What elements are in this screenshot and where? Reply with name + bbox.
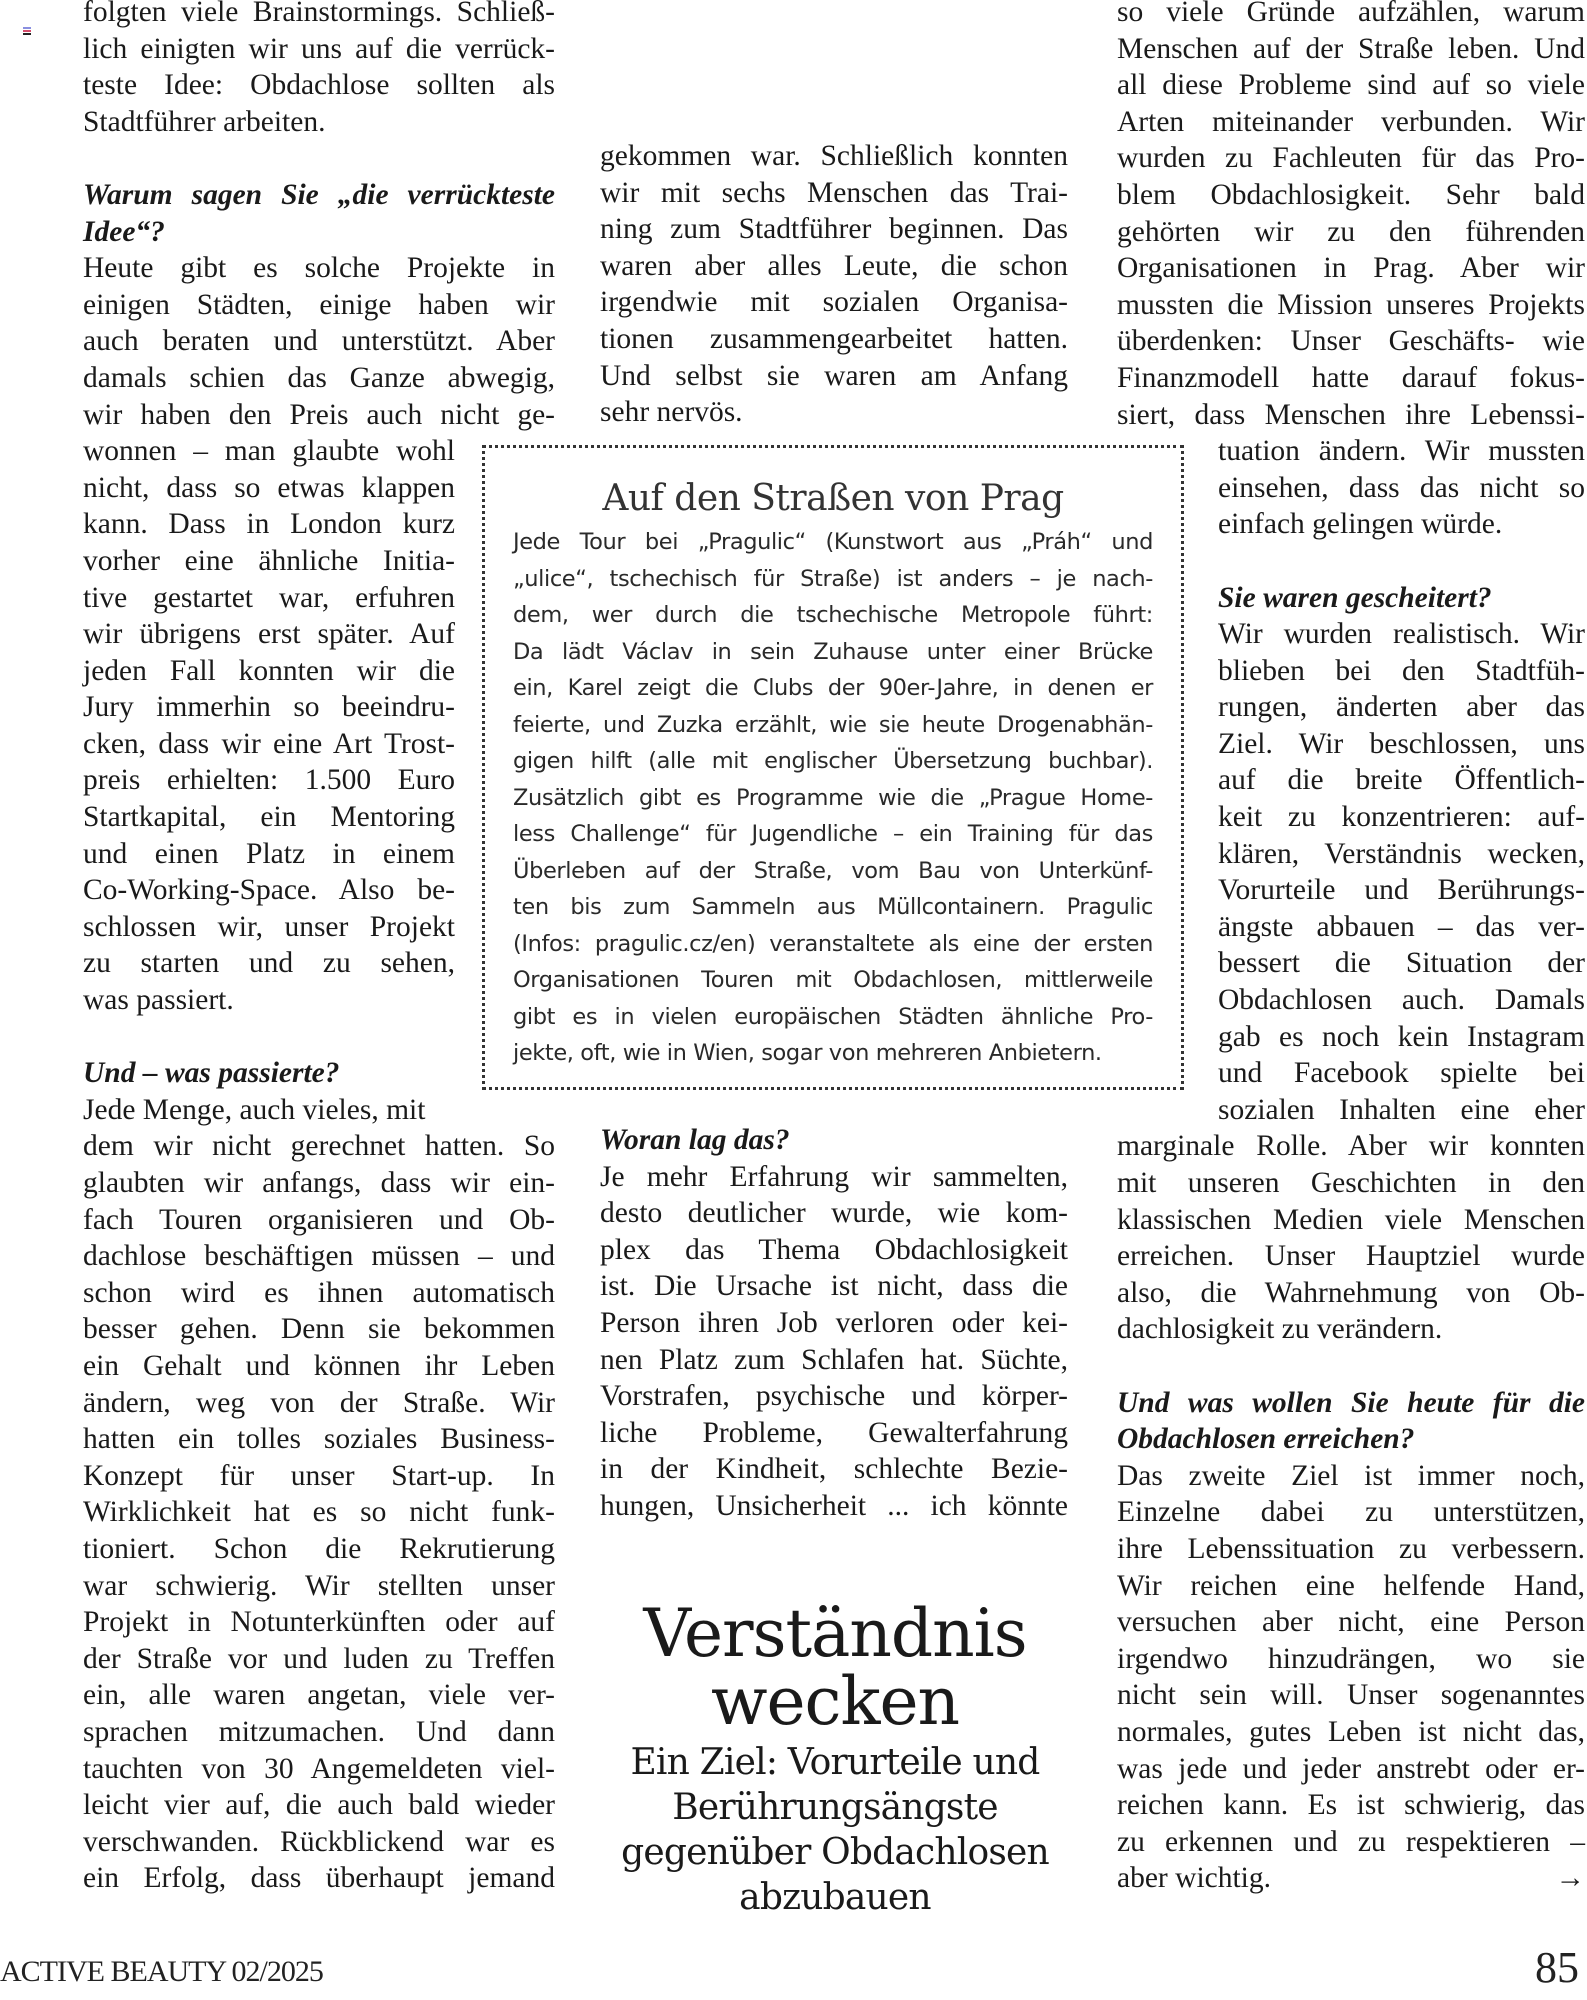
text-line: verschwanden. Rückblickend war es xyxy=(83,1824,555,1861)
text-line: Einzelne dabei zu unterstützen, xyxy=(1117,1494,1585,1531)
middle-column-top: gekommen war. Schließlich konnten wir mi… xyxy=(600,138,1068,431)
text-line: blem Obdachlosigkeit. Sehr bald xyxy=(1117,177,1585,214)
text-line: gekommen war. Schließlich konnten xyxy=(600,138,1068,175)
text-line: überdenken: Unser Geschäfts- wie xyxy=(1117,323,1585,360)
text-line: ning zum Stadtführer beginnen. Das xyxy=(600,211,1068,248)
right-column: so viele Gründe aufzählen, warum Mensche… xyxy=(1117,0,1585,1897)
text-line: ein, alle waren angetan, viele ver- xyxy=(83,1677,555,1714)
text-line: Startkapital, ein Mentoring xyxy=(83,799,455,836)
text-line: sozialen Inhalten eine eher xyxy=(1218,1092,1585,1129)
text-line: gigen hilft (alle mit englischer Überset… xyxy=(513,743,1153,780)
text-line: normales, gutes Leben ist nicht das, xyxy=(1117,1714,1585,1751)
text-line: plex das Thema Obdachlosigkeit xyxy=(600,1232,1068,1269)
text-line: all diese Probleme sind auf so viele xyxy=(1117,67,1585,104)
text-line: sprachen mitzumachen. Und dann xyxy=(83,1714,555,1751)
text-line: Ziel. Wir beschlossen, uns xyxy=(1218,726,1585,763)
text-line: wir mit sechs Menschen das Trai- xyxy=(600,175,1068,212)
text-line: was passiert. xyxy=(83,982,455,1019)
text-line: preis erhielten: 1.500 Euro xyxy=(83,762,455,799)
text-line: bessert die Situation der xyxy=(1218,945,1585,982)
text-line: tauchten von 30 Angemeldeten viel- xyxy=(83,1751,555,1788)
text-line: Wir wurden realistisch. Wir xyxy=(1218,616,1585,653)
text-line: einsehen, dass das nicht so xyxy=(1218,470,1585,507)
text-line: erreichen. Unser Hauptziel wurde xyxy=(1117,1238,1585,1275)
text-line: ein, Karel zeigt die Clubs der 90er-Jahr… xyxy=(513,670,1153,707)
text-line: irgendwo hinzudrängen, wo sie xyxy=(1117,1641,1585,1678)
text-line: ängste abbauen – das ver- xyxy=(1218,909,1585,946)
text-line: der Straße vor und luden zu Treffen xyxy=(83,1641,555,1678)
subline-line: Berührungsängste xyxy=(600,1785,1070,1830)
text-line: nicht, dass so etwas klappen xyxy=(83,470,455,507)
text-line: ihre Lebenssituation zu verbessern. xyxy=(1117,1531,1585,1568)
text-line: wir haben den Preis auch nicht ge- xyxy=(83,397,555,434)
middle-column-bottom: Woran lag das? Je mehr Erfahrung wir sam… xyxy=(600,1122,1068,1525)
text-line: Jede Menge, auch vieles, mit xyxy=(83,1092,455,1129)
text-line: tuation ändern. Wir mussten xyxy=(1218,433,1585,470)
text-line: cken, dass wir eine Art Trost- xyxy=(83,726,455,763)
text-line: Stadtführer arbeiten. xyxy=(83,104,555,141)
text-line: siert, dass Menschen ihre Lebenssi- xyxy=(1117,397,1585,434)
text-line: folgten viele Brainstormings. Schließ- xyxy=(83,0,555,31)
text-line: waren aber alles Leute, die schon xyxy=(600,248,1068,285)
text-line: Jede Tour bei „Pragulic“ (Kunstwort aus … xyxy=(513,524,1153,561)
headline-line: Verständnis xyxy=(600,1600,1070,1668)
text-line: sehr nervös. xyxy=(600,394,1068,431)
interview-question: Woran lag das? xyxy=(600,1122,1068,1159)
text-line: glaubten wir anfangs, dass wir ein- xyxy=(83,1165,555,1202)
text-line: besser gehen. Denn sie bekommen xyxy=(83,1311,555,1348)
text-line: mussten die Mission unseres Projekts xyxy=(1117,287,1585,324)
interview-question: Warum sagen Sie „die verrückteste xyxy=(83,177,555,214)
interview-question: Und – was passierte? xyxy=(83,1055,455,1092)
text-line: blieben bei den Stadtfüh- xyxy=(1218,653,1585,690)
text-line: tive gestartet war, erfuhren xyxy=(83,580,455,617)
bookmark-flag-icon xyxy=(23,27,31,34)
text-line: „ulice“, tschechisch für Straße) ist and… xyxy=(513,561,1153,598)
interview-question: Idee“? xyxy=(83,214,555,251)
text-line: Jury immerhin so beeindru- xyxy=(83,689,455,726)
text-line: fach Touren organisieren und Ob- xyxy=(83,1202,555,1239)
text-line: Organisationen in Prag. Aber wir xyxy=(1117,250,1585,287)
text-line: less Challenge“ für Jugendliche – ein Tr… xyxy=(513,816,1153,853)
text-line: liche Probleme, Gewalterfahrung xyxy=(600,1415,1068,1452)
text-line: Menschen auf der Straße leben. Und xyxy=(1117,31,1585,68)
text-line: dem wir nicht gerechnet hatten. So xyxy=(83,1128,555,1165)
text-line: auf die breite Öffentlich- xyxy=(1218,762,1585,799)
headline-line: wecken xyxy=(600,1668,1070,1736)
sidebar-box: Auf den Straßen von Prag Jede Tour bei „… xyxy=(482,445,1184,1090)
text-line: Wirklichkeit hat es so nicht funk- xyxy=(83,1494,555,1531)
text-line: Und selbst sie waren am Anfang xyxy=(600,358,1068,395)
subline-line: abzubauen xyxy=(600,1875,1070,1920)
text-line: Arten miteinander verbunden. Wir xyxy=(1117,104,1585,141)
text-line: in der Kindheit, schlechte Bezie- xyxy=(600,1451,1068,1488)
text-line: schon wird es ihnen automatisch xyxy=(83,1275,555,1312)
text-line: feierte, und Zuzka erzählt, wie sie heut… xyxy=(513,707,1153,744)
text-line: auch beraten und unterstützt. Aber xyxy=(83,323,555,360)
text-line: hungen, Unsicherheit ... ich könnte xyxy=(600,1488,1068,1525)
text-line: Heute gibt es solche Projekte in xyxy=(83,250,555,287)
text-line: wonnen – man glaubte wohl xyxy=(83,433,455,470)
pull-quote-headline: Verständnis wecken xyxy=(600,1600,1070,1736)
text-line: lich einigten wir uns auf die verrück- xyxy=(83,31,555,68)
text-line: gehörten wir zu den führenden xyxy=(1117,214,1585,251)
text-line: damals schien das Ganze abwegig, xyxy=(83,360,555,397)
text-line: reichen kann. Es ist schwierig, das xyxy=(1117,1787,1585,1824)
interview-question: Obdachlosen erreichen? xyxy=(1117,1421,1585,1458)
text-line: schlossen wir, unser Projekt xyxy=(83,909,455,946)
text-line: ein Erfolg, dass überhaupt jemand xyxy=(83,1860,555,1897)
text-line: nicht sein will. Unser sogenanntes xyxy=(1117,1677,1585,1714)
text-line: klassischen Medien viele Menschen xyxy=(1117,1202,1585,1239)
text-line: Das zweite Ziel ist immer noch, xyxy=(1117,1458,1585,1495)
text-line: nen Platz zum Schlafen hat. Süchte, xyxy=(600,1342,1068,1379)
text-line: Finanzmodell hatte darauf fokus- xyxy=(1117,360,1585,397)
text-line: und Facebook spielte bei xyxy=(1218,1055,1585,1092)
text-line: Vorstrafen, psychische und körper- xyxy=(600,1378,1068,1415)
text-line: desto deutlicher wurde, wie kom- xyxy=(600,1195,1068,1232)
text-line: Vorurteile und Berührungs- xyxy=(1218,872,1585,909)
text-line: wurden zu Fachleuten für das Pro- xyxy=(1117,140,1585,177)
text-line: ist. Die Ursache ist nicht, dass die xyxy=(600,1268,1068,1305)
text-line: tionen zusammengearbeitet hatten. xyxy=(600,321,1068,358)
text-line: zu starten und zu sehen, xyxy=(83,945,455,982)
subline-line: Ein Ziel: Vorurteile und xyxy=(600,1740,1070,1785)
text-line: was jede und jeder anstrebt oder er- xyxy=(1117,1751,1585,1788)
text-line: gibt es in vielen europäischen Städten ä… xyxy=(513,999,1153,1036)
text-line: irgendwie mit sozialen Organisa- xyxy=(600,284,1068,321)
text-line: mit unseren Geschichten in den xyxy=(1117,1165,1585,1202)
interview-question: Sie waren gescheitert? xyxy=(1218,580,1585,617)
text-line: so viele Gründe aufzählen, warum xyxy=(1117,0,1585,31)
text-line: klären, Verständnis wecken, xyxy=(1218,836,1585,873)
text-line: Projekt in Notunterkünften oder auf xyxy=(83,1604,555,1641)
text-line: dem, wer durch die tschechische Metropol… xyxy=(513,597,1153,634)
text-line: vorher eine ähnliche Initia- xyxy=(83,543,455,580)
text-line: und einen Platz in einem xyxy=(83,836,455,873)
continue-arrow-icon: → xyxy=(1556,1860,1586,1897)
subline-line: gegenüber Obdachlosen xyxy=(600,1830,1070,1875)
text-line: teste Idee: Obdachlose sollten als xyxy=(83,67,555,104)
text-line: Organisationen Touren mit Obdachlosen, m… xyxy=(513,962,1153,999)
text-line: Konzept für unser Start-up. In xyxy=(83,1458,555,1495)
text-line: war schwierig. Wir stellten unser xyxy=(83,1568,555,1605)
text-line: aber wichtig. → xyxy=(1117,1860,1585,1897)
publication-footer: ACTIVE BEAUTY 02/2025 xyxy=(0,1955,323,1989)
text-line: Co-Working-Space. Also be- xyxy=(83,872,455,909)
pull-quote-subline: Ein Ziel: Vorurteile und Berührungsängst… xyxy=(600,1740,1070,1920)
interview-question: Und was wollen Sie heute für die xyxy=(1117,1385,1585,1422)
text-line: wir übrigens erst später. Auf xyxy=(83,616,455,653)
text-line: zu erkennen und zu respektieren – xyxy=(1117,1824,1585,1861)
text-line: einigen Städten, einige haben wir xyxy=(83,287,555,324)
text-line: Zusätzlich gibt es Programme wie die „Pr… xyxy=(513,780,1153,817)
text-line: (Infos: pragulic.cz/en) veranstaltete al… xyxy=(513,926,1153,963)
text-line: Je mehr Erfahrung wir sammelten, xyxy=(600,1159,1068,1196)
text-line: leicht vier auf, die auch bald wieder xyxy=(83,1787,555,1824)
magazine-page: folgten viele Brainstormings. Schließ- l… xyxy=(0,0,1587,2000)
page-number: 85 xyxy=(1535,1942,1579,1993)
text-line: Obdachlosen auch. Damals xyxy=(1218,982,1585,1019)
text-line: Da lädt Václav in sein Zuhause unter ein… xyxy=(513,634,1153,671)
text-line: also, die Wahrnehmung von Ob- xyxy=(1117,1275,1585,1312)
text-line: marginale Rolle. Aber wir konnten xyxy=(1117,1128,1585,1165)
text-line: Person ihren Job verloren oder kei- xyxy=(600,1305,1068,1342)
text-line: dachlosigkeit zu verändern. xyxy=(1117,1311,1585,1348)
text-line: Wir reichen eine helfende Hand, xyxy=(1117,1568,1585,1605)
text-line: einfach gelingen würde. xyxy=(1218,506,1585,543)
text-line: ändern, weg von der Straße. Wir xyxy=(83,1385,555,1422)
text-line: dachlose beschäftigen müssen – und xyxy=(83,1238,555,1275)
pull-quote: Verständnis wecken Ein Ziel: Vorurteile … xyxy=(600,1600,1070,1920)
text-line: rungen, änderten aber das xyxy=(1218,689,1585,726)
text-line: keit zu konzentrieren: auf- xyxy=(1218,799,1585,836)
text-line: versuchen aber nicht, eine Person xyxy=(1117,1604,1585,1641)
text-line: gab es noch kein Instagram xyxy=(1218,1019,1585,1056)
sidebar-box-body: Jede Tour bei „Pragulic“ (Kunstwort aus … xyxy=(513,524,1153,1072)
text-line-content: aber wichtig. xyxy=(1117,1862,1271,1894)
text-line: ten bis zum Sammeln aus Müllcontainern. … xyxy=(513,889,1153,926)
text-line: kann. Dass in London kurz xyxy=(83,506,455,543)
text-line: jekte, oft, wie in Wien, sogar von mehre… xyxy=(513,1035,1153,1072)
sidebar-box-title: Auf den Straßen von Prag xyxy=(485,478,1181,519)
text-line: tioniert. Schon die Rekrutierung xyxy=(83,1531,555,1568)
text-line: hatten ein tolles soziales Business- xyxy=(83,1421,555,1458)
text-line: ein Gehalt und können ihr Leben xyxy=(83,1348,555,1385)
text-line: jeden Fall konnten wir die xyxy=(83,653,455,690)
text-line: Überleben auf der Straße, vom Bau von Un… xyxy=(513,853,1153,890)
